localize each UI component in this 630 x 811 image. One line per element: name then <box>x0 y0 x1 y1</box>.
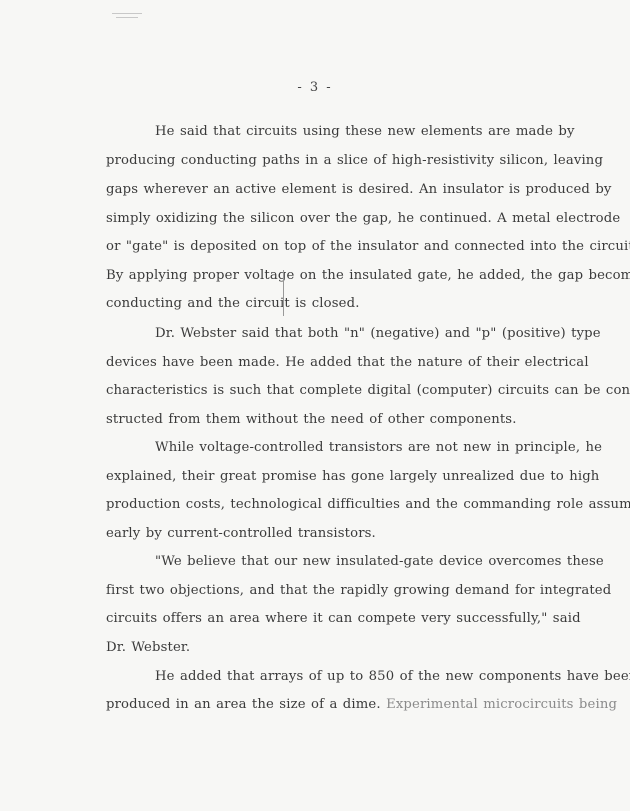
paragraph-2-line: characteristics is such that complete di… <box>106 383 630 398</box>
paragraph-3-line: While voltage-controlled transistors are… <box>155 440 602 455</box>
paragraph-4-line: "We believe that our new insulated-gate … <box>155 554 604 569</box>
paragraph-4-line: Dr. Webster. <box>106 640 190 655</box>
paragraph-3-line: production costs, technological difficul… <box>106 497 630 512</box>
scan-artifact-line <box>283 270 284 316</box>
page-number: - 3 - <box>0 80 630 95</box>
scan-smudge <box>112 13 142 14</box>
paragraph-1-line: By applying proper voltage on the insula… <box>106 268 630 283</box>
paragraph-2-line: structed from them without the need of o… <box>106 412 517 427</box>
paragraph-1-line: or "gate" is deposited on top of the ins… <box>106 239 630 254</box>
scan-smudge <box>116 17 138 18</box>
paragraph-3-line: early by current-controlled transistors. <box>106 526 376 541</box>
paragraph-2-line: devices have been made. He added that th… <box>106 355 589 370</box>
paragraph-5-line: produced in an area the size of a dime. … <box>106 697 617 712</box>
paragraph-2-line: Dr. Webster said that both "n" (negative… <box>155 326 601 341</box>
document-page: - 3 - He said that circuits using these … <box>0 0 630 811</box>
paragraph-1-line: producing conducting paths in a slice of… <box>106 153 603 168</box>
paragraph-1-line: conducting and the circuit is closed. <box>106 296 360 311</box>
paragraph-4-line: circuits offers an area where it can com… <box>106 611 581 626</box>
paragraph-3-line: explained, their great promise has gone … <box>106 469 599 484</box>
paragraph-5-faded-text: Experimental microcircuits being <box>386 697 617 712</box>
paragraph-1-line: He said that circuits using these new el… <box>155 124 575 139</box>
paragraph-5-text: produced in an area the size of a dime. <box>106 697 386 712</box>
paragraph-4-line: first two objections, and that the rapid… <box>106 583 611 598</box>
paragraph-5-line: He added that arrays of up to 850 of the… <box>155 669 630 684</box>
paragraph-1-line: simply oxidizing the silicon over the ga… <box>106 211 620 226</box>
paragraph-1-line: gaps wherever an active element is desir… <box>106 182 612 197</box>
